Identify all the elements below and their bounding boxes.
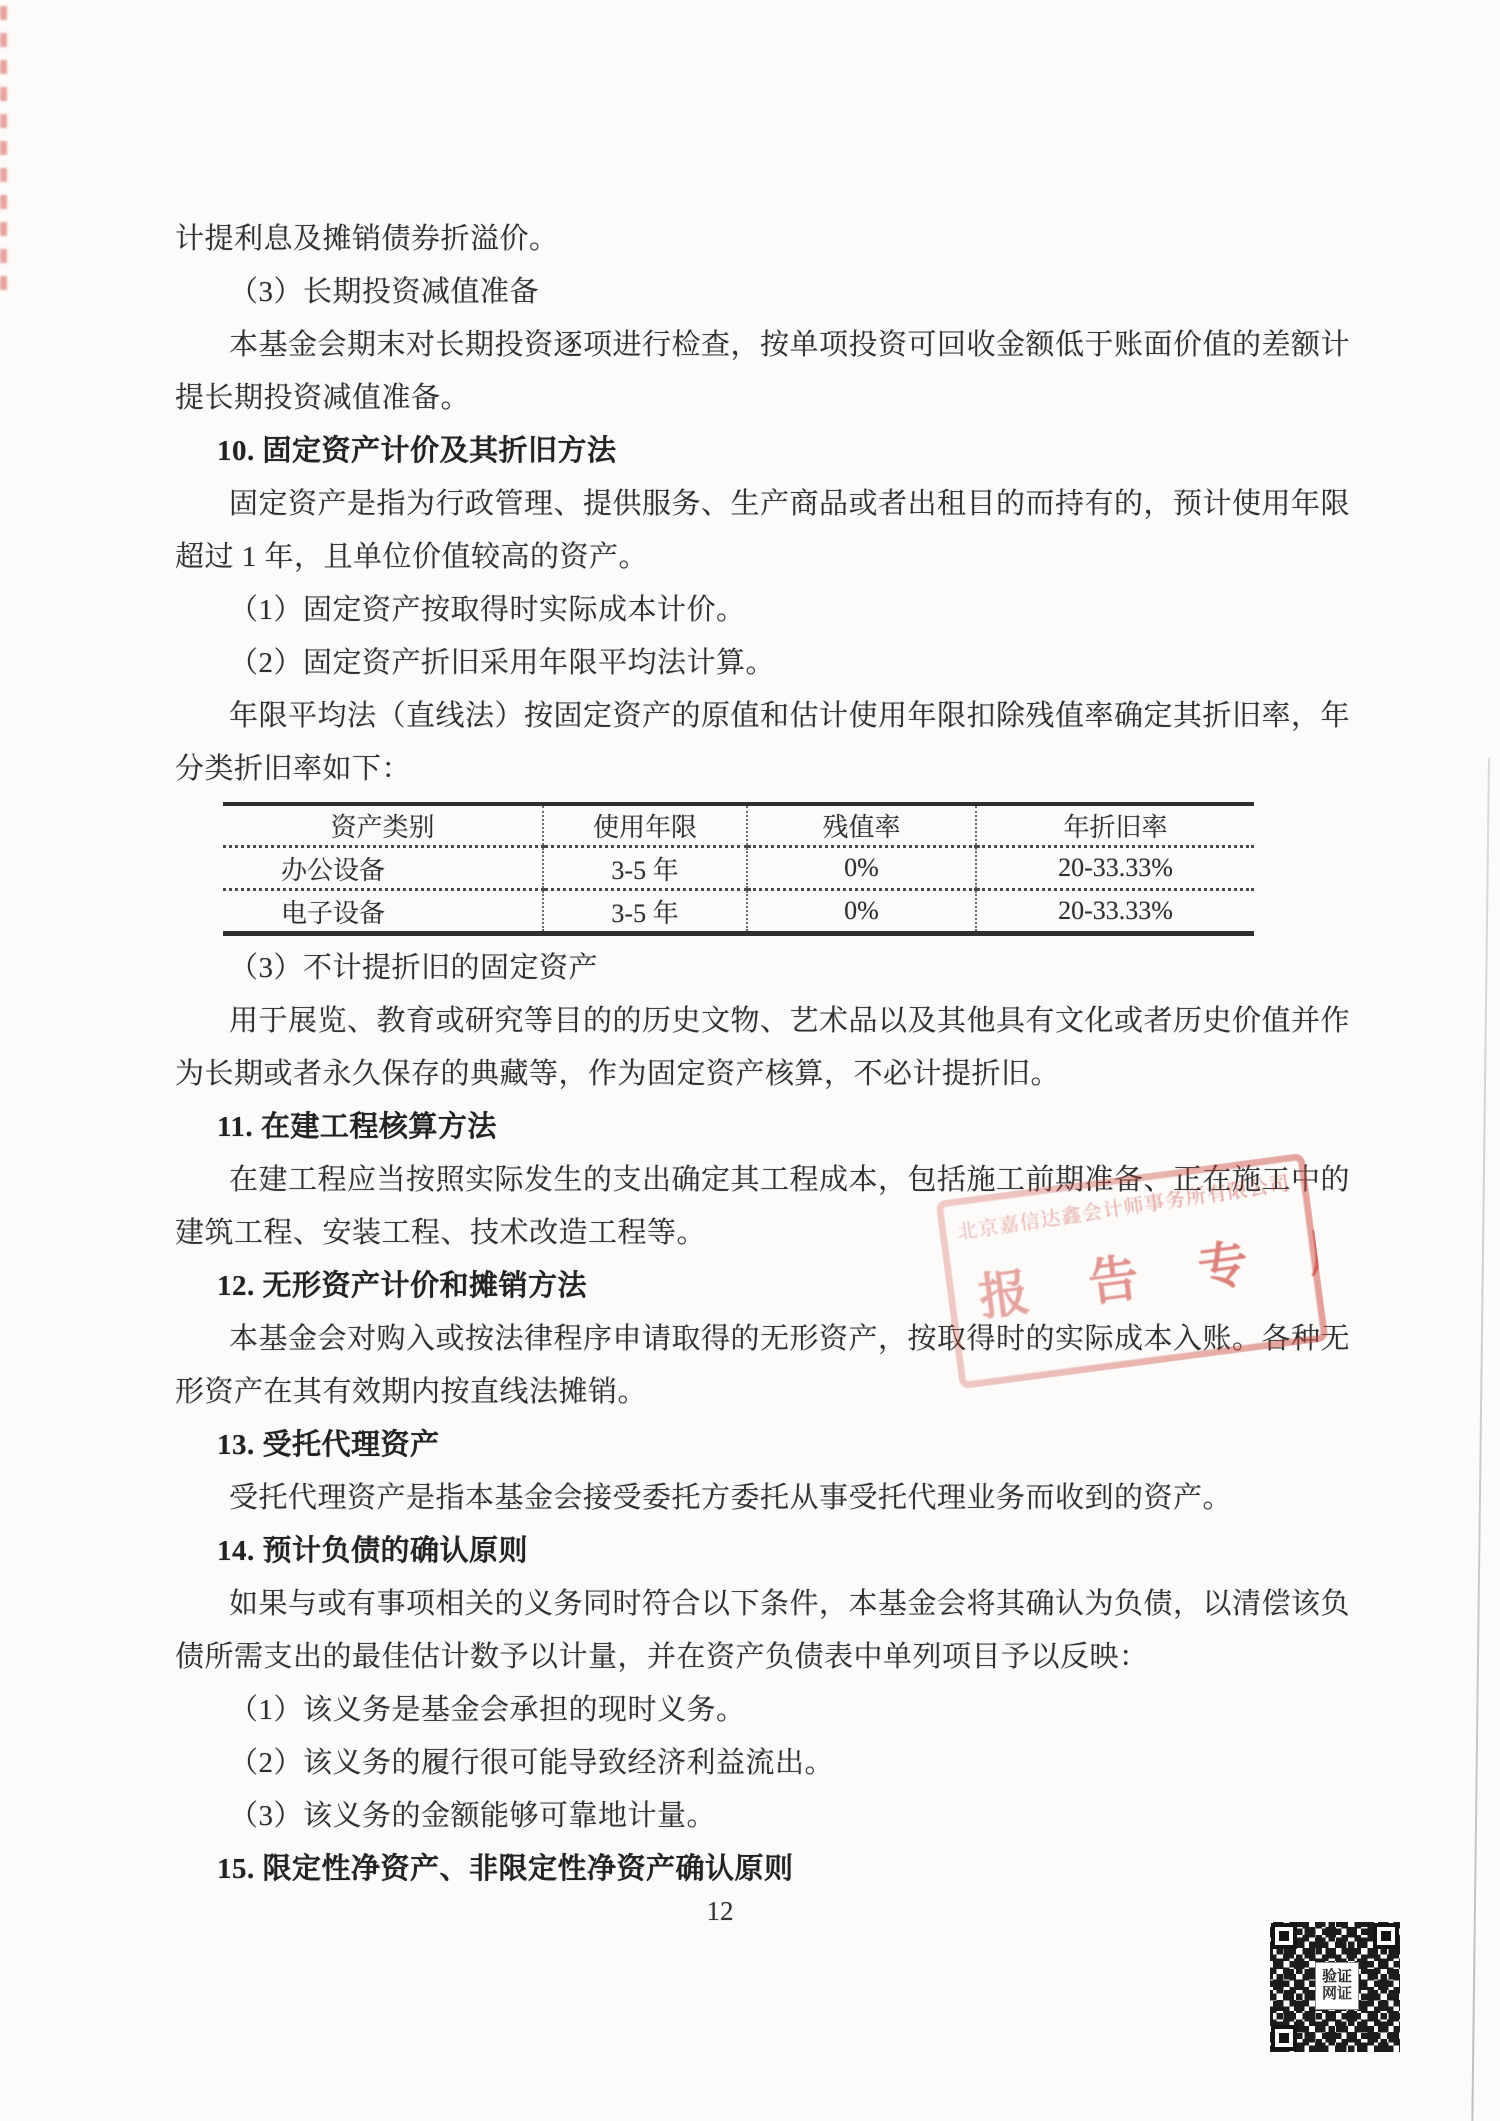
text-line: （1）固定资产按取得时实际成本计价。 [175,584,1345,637]
page-number: 12 [685,1896,755,1927]
col-header-useful-life: 使用年限 [543,804,747,847]
cell-residual-rate: 0% [747,890,976,934]
cell-asset-class: 办公设备 [223,847,543,890]
text-line: 债所需支出的最佳估计数予以计量，并在资产负债表中单列项目予以反映： [175,1631,1345,1684]
text-line: （1）该义务是基金会承担的现时义务。 [175,1684,1345,1737]
cell-asset-class: 电子设备 [223,890,543,934]
text-line: （3）该义务的金额能够可靠地计量。 [175,1790,1345,1843]
text-line: 年限平均法（直线法）按固定资产的原值和估计使用年限扣除残值率确定其折旧率，年 [175,690,1345,743]
text-line: （3）长期投资减值准备 [175,266,1345,319]
text-line: 受托代理资产是指本基金会接受委托方委托从事受托代理业务而收到的资产。 [175,1472,1345,1525]
text-line: 分类折旧率如下： [175,743,1345,796]
left-edge-ink-smudge [0,6,7,294]
depreciation-table: 资产类别 使用年限 残值率 年折旧率 办公设备 3-5 年 0% 20-33.3… [223,802,1254,936]
qr-code: 验证 网证 [1270,1922,1400,2052]
text-line: （3）不计提折旧的固定资产 [175,942,1345,995]
cell-useful-life: 3-5 年 [543,847,747,890]
qr-finder-icon [1271,1923,1297,1949]
section-heading-15: 15. 限定性净资产、非限定性净资产确认原则 [175,1843,1345,1896]
cell-annual-rate: 20-33.33% [976,890,1254,934]
text-line: 超过 1 年，且单位价值较高的资产。 [175,531,1345,584]
col-header-asset-class: 资产类别 [223,804,543,847]
table-row: 办公设备 3-5 年 0% 20-33.33% [223,847,1254,890]
text-line: 形资产在其有效期内按直线法摊销。 [175,1366,1345,1419]
qr-center-logo: 验证 网证 [1315,1962,1359,2010]
cell-useful-life: 3-5 年 [543,890,747,934]
section-heading-13: 13. 受托代理资产 [175,1419,1345,1472]
table-row: 电子设备 3-5 年 0% 20-33.33% [223,890,1254,934]
qr-finder-icon [1271,2025,1297,2051]
cell-annual-rate: 20-33.33% [976,847,1254,890]
col-header-annual-rate: 年折旧率 [976,804,1254,847]
text-line: 为长期或者永久保存的典藏等，作为固定资产核算，不必计提折旧。 [175,1048,1345,1101]
section-heading-10: 10. 固定资产计价及其折旧方法 [175,425,1345,478]
qr-center-label-top: 验证 [1322,1969,1352,1986]
qr-center-label-bottom: 网证 [1322,1986,1352,2003]
text-line: 如果与或有事项相关的义务同时符合以下条件，本基金会将其确认为负债，以清偿该负 [175,1578,1345,1631]
section-heading-11: 11. 在建工程核算方法 [175,1101,1345,1154]
cell-residual-rate: 0% [747,847,976,890]
col-header-residual-rate: 残值率 [747,804,976,847]
document-body: 计提利息及摊销债券折溢价。 （3）长期投资减值准备 本基金会期末对长期投资逐项进… [175,213,1345,1896]
section-heading-14: 14. 预计负债的确认原则 [175,1525,1345,1578]
text-line: （2）固定资产折旧采用年限平均法计算。 [175,637,1345,690]
scanned-document-page: 计提利息及摊销债券折溢价。 （3）长期投资减值准备 本基金会期末对长期投资逐项进… [0,0,1500,2121]
depreciation-table-wrapper: 资产类别 使用年限 残值率 年折旧率 办公设备 3-5 年 0% 20-33.3… [223,802,1345,936]
table-header-row: 资产类别 使用年限 残值率 年折旧率 [223,804,1254,847]
scan-artifact-vertical-line [1471,758,1490,2121]
qr-finder-icon [1373,1923,1399,1949]
text-line: 固定资产是指为行政管理、提供服务、生产商品或者出租目的而持有的，预计使用年限 [175,478,1345,531]
text-line: 计提利息及摊销债券折溢价。 [175,213,1345,266]
text-line: 用于展览、教育或研究等目的的历史文物、艺术品以及其他具有文化或者历史价值并作 [175,995,1345,1048]
text-line: 提长期投资减值准备。 [175,372,1345,425]
text-line: （2）该义务的履行很可能导致经济利益流出。 [175,1737,1345,1790]
text-line: 本基金会期末对长期投资逐项进行检查，按单项投资可回收金额低于账面价值的差额计 [175,319,1345,372]
